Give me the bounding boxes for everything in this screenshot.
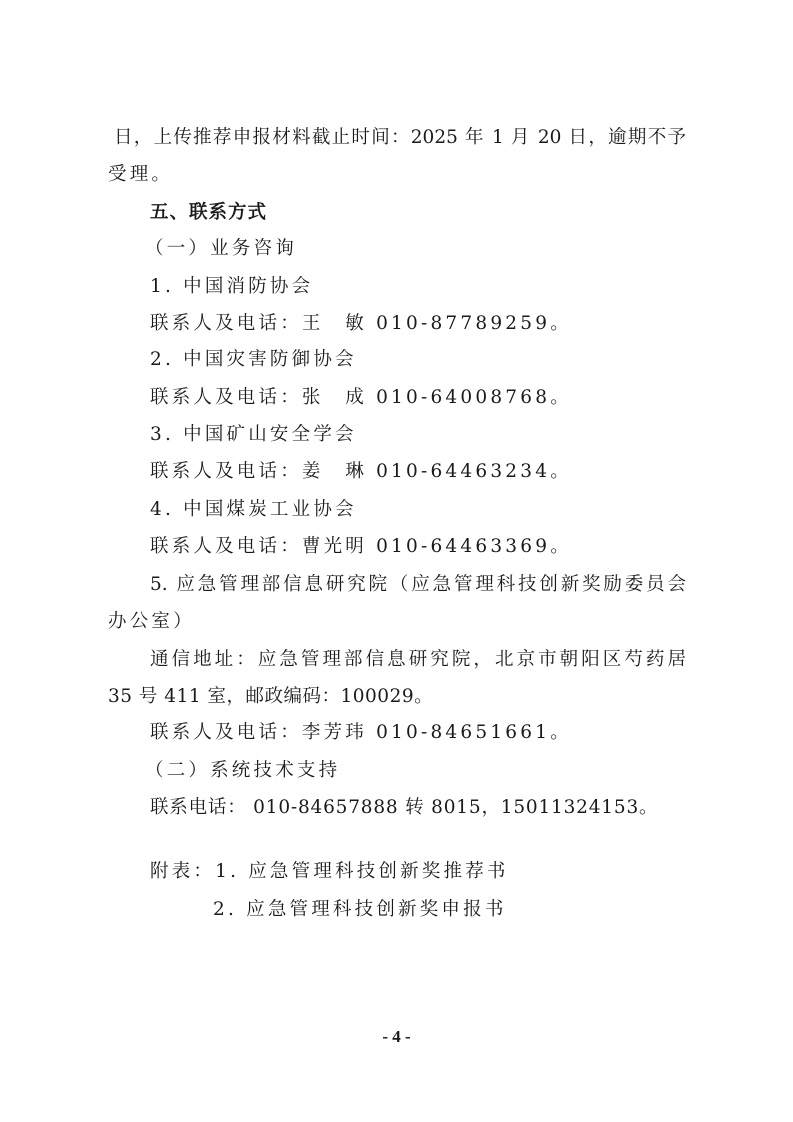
contact-item-3: 联系人及电话：姜 琳 010-64463234。 <box>150 460 572 484</box>
mailing-address-line1: 通信地址：应急管理部信息研究院，北京市朝阳区芍药居 <box>150 648 686 672</box>
org-item-2: 2. 中国灾害防御协会 <box>150 348 357 372</box>
org-item-1: 1. 中国消防协会 <box>150 275 313 299</box>
document-page: 日，上传推荐申报材料截止时间：2025 年 1 月 20 日，逾期不予 受理。 … <box>0 0 793 1122</box>
section-heading-contact: 五、联系方式 <box>150 201 267 225</box>
contact-item-5: 联系人及电话：李芳玮 010-84651661。 <box>150 721 572 745</box>
contact-item-2: 联系人及电话：张 成 010-64008768。 <box>150 386 572 410</box>
org-item-5-line1: 5. 应急管理部信息研究院（应急管理科技创新奖励委员会 <box>150 573 686 597</box>
page-number: - 4 - <box>0 1027 793 1047</box>
contact-item-1: 联系人及电话：王 敏 010-87789259。 <box>150 312 572 336</box>
subsection-business-consulting: （一）业务咨询 <box>145 237 297 261</box>
tech-support-phone: 联系电话： 010-84657888 转 8015，15011324153。 <box>150 796 658 820</box>
subsection-tech-support: （二）系统技术支持 <box>145 759 340 783</box>
org-item-4: 4. 中国煤炭工业协会 <box>150 498 357 522</box>
deadline-text-line2: 受理。 <box>108 163 173 187</box>
attachment-item-1: 附表：1. 应急管理科技创新奖推荐书 <box>150 860 509 884</box>
org-item-3: 3. 中国矿山安全学会 <box>150 423 357 447</box>
org-item-5-line2: 办公室） <box>108 610 195 634</box>
attachment-item-2: 2. 应急管理科技创新奖申报书 <box>213 898 507 922</box>
deadline-text-line1: 日，上传推荐申报材料截止时间：2025 年 1 月 20 日，逾期不予 <box>114 126 686 150</box>
mailing-address-line2: 35 号 411 室，邮政编码：100029。 <box>108 685 433 709</box>
contact-item-4: 联系人及电话：曹光明 010-64463369。 <box>150 535 572 559</box>
